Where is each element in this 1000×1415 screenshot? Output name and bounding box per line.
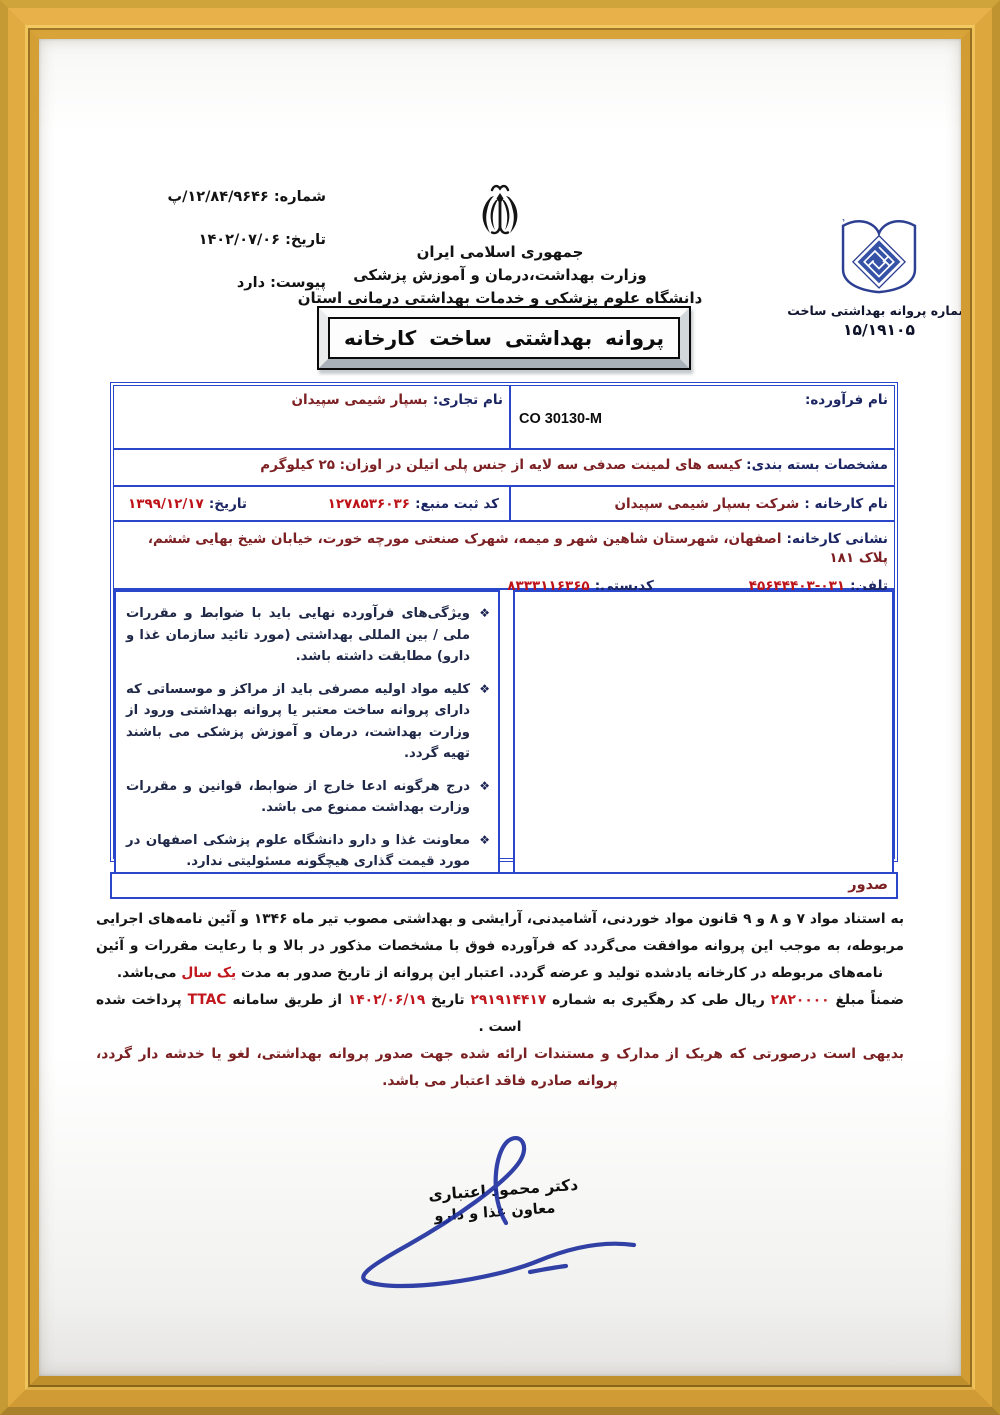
gold-frame-groove: شماره: ۱۲/۸۴/۹۶۴۶/پ تاریخ: ۱۴۰۲/۰۷/۰۶ پی… <box>28 28 972 1387</box>
p2-text: ریال طی کد رهگیری به شماره <box>546 992 770 1008</box>
university-logo-icon: دانشگاه علوم پزشکی و خدمات بهداشتی درمان… <box>831 188 927 294</box>
doc-number-value: ۱۲/۸۴/۹۶۴۶/پ <box>168 189 269 205</box>
source-code-value: ۱۲۷۸۵۳۶۰۳۶ <box>328 496 410 512</box>
svg-text:دانشگاه علوم پزشکی و خدمات بهد: دانشگاه علوم پزشکی و خدمات بهداشتی درمان… <box>831 188 847 223</box>
license-number-value: ۱۵/۱۹۱۰۵ <box>781 321 961 339</box>
attachment-value: دارد <box>237 275 265 291</box>
gold-frame-ridge: شماره: ۱۲/۸۴/۹۶۴۶/پ تاریخ: ۱۴۰۲/۰۷/۰۶ پی… <box>25 25 975 1390</box>
conditions-list: ❖ویژگی‌های فرآورده نهایی باید با ضوابط و… <box>114 590 500 886</box>
table-row-address: نشانی کارخانه: اصفهان، شهرستان شاهین شهر… <box>114 522 894 590</box>
diamond-bullet-icon: ❖ <box>477 679 490 765</box>
factory-address-label: نشانی کارخانه: <box>787 531 888 547</box>
source-code-label: کد ثبت منبع: <box>415 496 499 512</box>
license-number-label: شماره پروانه بهداشتی ساخت <box>781 303 961 318</box>
trade-name-cell: نام تجاری: بسپار شیمی سپیدان <box>114 386 509 448</box>
list-item: ❖درج هرگونه ادعا خارج از ضوابط، قوانین و… <box>126 776 490 819</box>
ttac-system-name: TTAC <box>188 992 227 1008</box>
list-item: ❖ویژگی‌های فرآورده نهایی باید با ضوابط و… <box>126 603 490 668</box>
gold-frame-lip: شماره: ۱۲/۸۴/۹۶۴۶/پ تاریخ: ۱۴۰۲/۰۷/۰۶ پی… <box>30 30 970 1385</box>
source-code-group: کد ثبت منبع: ۱۲۷۸۵۳۶۰۳۶ <box>328 493 499 520</box>
country-title: جمهوری اسلامی ایران <box>270 241 730 264</box>
ministry-title: وزارت بهداشت،درمان و آموزش پزشکی <box>270 264 730 287</box>
table-row-packaging: مشخصات بسته بندی: کیسه های لمینت صدفی سه… <box>114 450 894 487</box>
gold-frame-band: شماره: ۱۲/۸۴/۹۶۴۶/پ تاریخ: ۱۴۰۲/۰۷/۰۶ پی… <box>8 8 992 1407</box>
condition-text: معاونت غذا و دارو دانشگاه علوم پزشکی اصف… <box>126 830 470 873</box>
source-date-group: تاریخ: ۱۳۹۹/۱۲/۱۷ <box>128 493 247 520</box>
p1-tail: می‌باشد. <box>117 965 181 981</box>
factory-cell: نام کارخانه : شرکت بسپار شیمی سپیدان <box>509 487 894 520</box>
table-row-notes: ❖ویژگی‌های فرآورده نهایی باید با ضوابط و… <box>114 590 894 858</box>
validity-duration: یک سال <box>181 965 236 981</box>
page-title: پروانه بهداشتی ساخت کارخانه <box>328 317 680 359</box>
gold-frame: شماره: ۱۲/۸۴/۹۶۴۶/پ تاریخ: ۱۴۰۲/۰۷/۰۶ پی… <box>0 0 1000 1415</box>
trade-name-label: نام تجاری: <box>433 392 503 408</box>
title-plaque: پروانه بهداشتی ساخت کارخانه <box>317 306 691 370</box>
tracking-code: ۲۹۱۹۱۴۴۱۷ <box>470 992 546 1008</box>
paragraph-payment: ضمناً مبلغ ۲۸۲۰۰۰۰ ریال طی کد رهگیری به … <box>96 987 904 1041</box>
license-table: نام فرآورده: CO 30130-M نام تجاری: بسپار… <box>110 382 898 862</box>
condition-text: ویژگی‌های فرآورده نهایی باید با ضوابط و … <box>126 603 470 668</box>
table-row-product: نام فرآورده: CO 30130-M نام تجاری: بسپار… <box>114 386 894 450</box>
list-item: ❖معاونت غذا و دارو دانشگاه علوم پزشکی اص… <box>126 830 490 873</box>
product-name-value: CO 30130-M <box>517 411 888 427</box>
packaging-value: کیسه های لمینت صدفی سه لایه از جنس پلی ا… <box>260 457 742 473</box>
signature-block: دکتر محمود اعتباری معاون غذا و دارو <box>334 1131 674 1296</box>
factory-address-value: اصفهان، شهرستان شاهین شهر و میمه، شهرک ص… <box>148 531 888 566</box>
diamond-bullet-icon: ❖ <box>477 776 490 819</box>
payment-amount: ۲۸۲۰۰۰۰ <box>771 992 830 1008</box>
trade-name-value: بسپار شیمی سپیدان <box>291 392 427 408</box>
payment-date: ۱۴۰۲/۰۶/۱۹ <box>348 992 425 1008</box>
p2-text: از طریق سامانه <box>226 992 347 1008</box>
iran-emblem-icon <box>474 183 526 239</box>
registration-cell: کد ثبت منبع: ۱۲۷۸۵۳۶۰۳۶ تاریخ: ۱۳۹۹/۱۲/۱… <box>114 487 509 520</box>
factory-name-label: نام کارخانه : <box>804 496 888 512</box>
stamp-area-cell <box>513 590 894 886</box>
body-text: به استناد مواد ۷ و ۸ و ۹ قانون مواد خورد… <box>96 906 904 1095</box>
factory-address-line: نشانی کارخانه: اصفهان، شهرستان شاهین شهر… <box>120 528 888 566</box>
title-plaque-bevel: پروانه بهداشتی ساخت کارخانه <box>319 308 689 368</box>
doc-date-value: ۱۴۰۲/۰۷/۰۶ <box>199 232 280 248</box>
product-name-label: نام فرآورده: <box>805 392 888 408</box>
certificate-page: شماره: ۱۲/۸۴/۹۶۴۶/پ تاریخ: ۱۴۰۲/۰۷/۰۶ پی… <box>39 39 961 1376</box>
issuance-box: صدور <box>110 872 898 899</box>
source-date-label: تاریخ: <box>209 496 247 512</box>
condition-text: درج هرگونه ادعا خارج از ضوابط، قوانین و … <box>126 776 470 819</box>
source-date-value: ۱۳۹۹/۱۲/۱۷ <box>128 496 204 512</box>
product-cell: نام فرآورده: CO 30130-M <box>509 386 894 448</box>
packaging-label: مشخصات بسته بندی: <box>746 457 888 473</box>
issuance-label: صدور <box>848 877 888 893</box>
p2-text: ضمناً مبلغ <box>830 992 904 1008</box>
factory-name-value: شرکت بسپار شیمی سپیدان <box>615 496 800 512</box>
condition-text: کلیه مواد اولیه مصرفی باید از مراکز و مو… <box>126 679 470 765</box>
p2-text: تاریخ <box>425 992 470 1008</box>
handwritten-signature-icon <box>334 1131 674 1296</box>
diamond-bullet-icon: ❖ <box>477 603 490 668</box>
license-block: دانشگاه علوم پزشکی و خدمات بهداشتی درمان… <box>781 188 961 339</box>
diamond-bullet-icon: ❖ <box>477 830 490 873</box>
paragraph-legal-basis: به استناد مواد ۷ و ۸ و ۹ قانون مواد خورد… <box>96 906 904 987</box>
paragraph-revocation-warning: بدیهی است درصورتی که هریک از مدارک و مست… <box>96 1041 904 1095</box>
table-row-factory: نام کارخانه : شرکت بسپار شیمی سپیدان کد … <box>114 487 894 522</box>
logo-arc-text: دانشگاه علوم پزشکی و خدمات بهداشتی درمان… <box>831 188 847 223</box>
list-item: ❖کلیه مواد اولیه مصرفی باید از مراکز و م… <box>126 679 490 765</box>
